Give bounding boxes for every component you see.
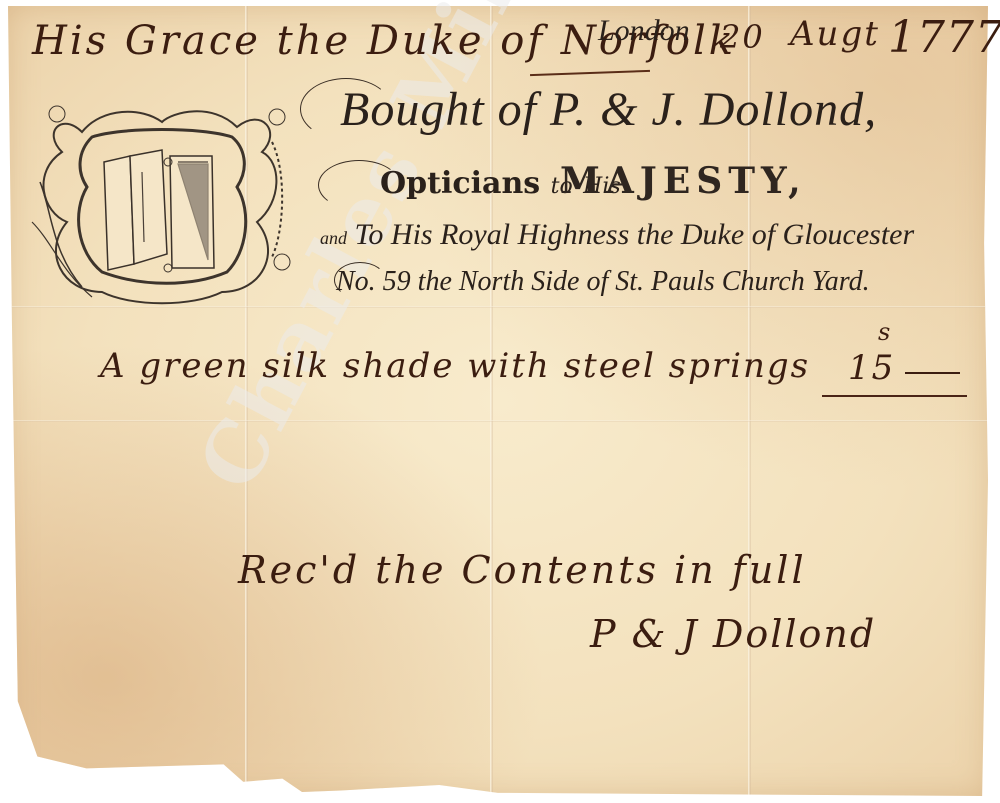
letterhead-address: No. 59 the North Side of St. Pauls Churc… — [336, 266, 870, 298]
date-year: 1777 — [888, 12, 1000, 63]
letterhead-royal-appointment: and To His Royal Highness the Duke of Gl… — [320, 218, 914, 252]
letterhead-bought-of: Bought of P. & J. Dollond, — [340, 82, 877, 137]
paper-fold-line — [8, 420, 988, 422]
amount-underline — [822, 395, 967, 397]
date-month: Augt — [790, 14, 880, 54]
line-item-unit: s — [878, 318, 892, 346]
letterhead-majesty: MAJESTY, — [560, 160, 807, 202]
receipt-statement: Rec'd the Contents in full — [238, 548, 807, 592]
royal-prefix: and — [320, 228, 347, 248]
line-item-description: A green silk shade with steel springs — [100, 346, 810, 386]
line-item-amount: 15 — [848, 348, 895, 388]
engraved-cartouche-book-icon — [22, 92, 302, 314]
signature: P & J Dollond — [590, 612, 876, 656]
place-name: London — [598, 14, 690, 48]
date-day: 20 — [720, 18, 765, 56]
royal-text: To His Royal Highness the Duke of Glouce… — [355, 218, 915, 251]
opticians-text: Opticians — [380, 166, 540, 201]
amount-dash — [905, 372, 960, 374]
